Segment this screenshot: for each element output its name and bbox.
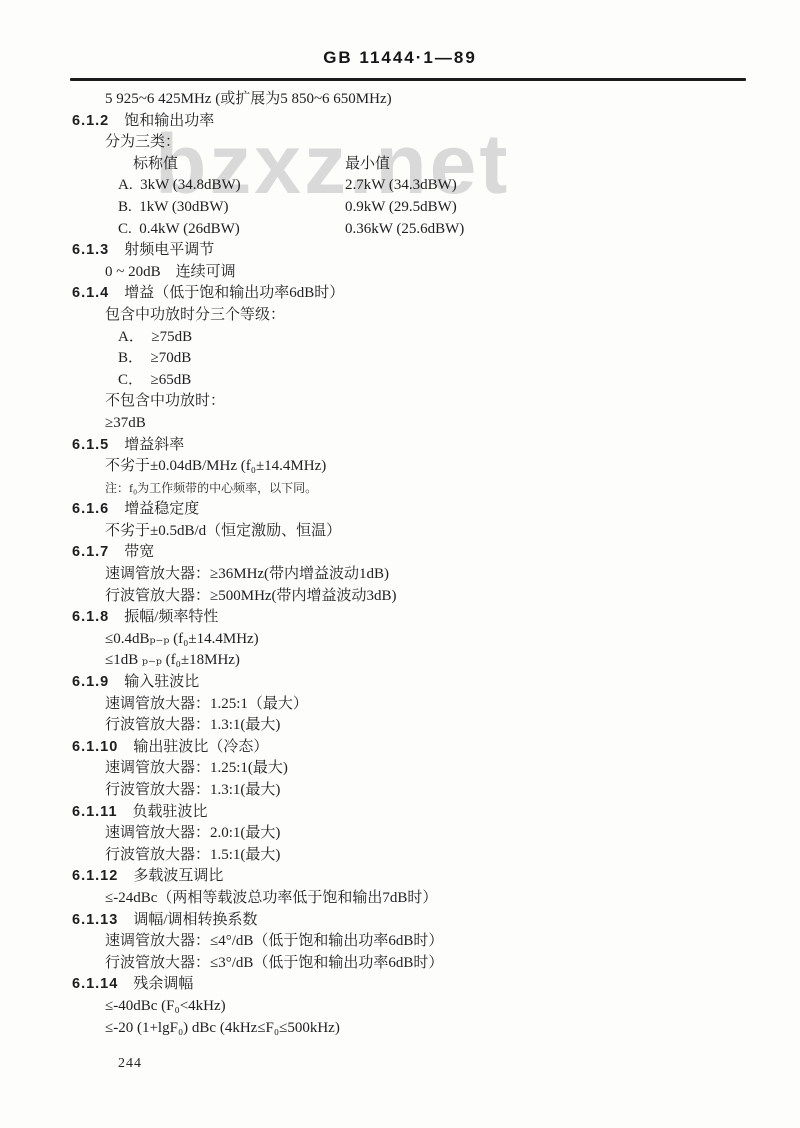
section-heading: 6.1.5增益斜率 bbox=[72, 435, 770, 457]
two-column-row: 标称值最小值 bbox=[72, 154, 770, 176]
text-line: B． ≥70dB bbox=[72, 348, 770, 370]
col-minimum-value: 2.7kW (34.3dBW) bbox=[345, 175, 457, 197]
section-title: 调幅/调相转换系数 bbox=[133, 912, 257, 928]
text-line: ≤-20 (1+lgF₀) dBc (4kHz≤F₀≤500kHz) bbox=[72, 1018, 770, 1040]
section-heading: 6.1.3射频电平调节 bbox=[72, 240, 770, 262]
text-line: 速调管放大器：≤4°/dB（低于饱和输出功率6dB时） bbox=[72, 931, 770, 953]
section-number: 6.1.4 bbox=[72, 285, 109, 301]
section-title: 负载驻波比 bbox=[133, 804, 208, 820]
text-line: 行波管放大器：1.3:1(最大) bbox=[72, 715, 770, 737]
page-number: 244 bbox=[118, 1056, 142, 1072]
text-line: 速调管放大器：1.25:1（最大） bbox=[72, 694, 770, 716]
section-title: 增益（低于饱和输出功率6dB时） bbox=[124, 285, 344, 301]
section-heading: 6.1.14残余调幅 bbox=[72, 974, 770, 996]
text-line: 不包含中功放时： bbox=[72, 391, 770, 413]
col-nominal-value: A. 3kW (34.8dBW) bbox=[118, 175, 345, 197]
text-line: 行波管放大器：≤3°/dB（低于饱和输出功率6dB时） bbox=[72, 953, 770, 975]
section-number: 6.1.11 bbox=[72, 804, 118, 820]
section-title: 增益稳定度 bbox=[124, 501, 199, 517]
section-heading: 6.1.6增益稳定度 bbox=[72, 499, 770, 521]
col-minimum-value: 最小值 bbox=[345, 154, 390, 176]
section-title: 输入驻波比 bbox=[124, 674, 199, 690]
section-number: 6.1.5 bbox=[72, 437, 109, 453]
section-number: 6.1.10 bbox=[72, 739, 118, 755]
section-title: 增益斜率 bbox=[124, 437, 184, 453]
text-line: 速调管放大器：≥36MHz(带内增益波动1dB) bbox=[72, 564, 770, 586]
section-title: 射频电平调节 bbox=[124, 242, 214, 258]
section-heading: 6.1.7带宽 bbox=[72, 542, 770, 564]
section-number: 6.1.2 bbox=[72, 113, 109, 129]
text-line: 不劣于±0.5dB/d（恒定激励、恒温） bbox=[72, 521, 770, 543]
text-line: 不劣于±0.04dB/MHz (f₀±14.4MHz) bbox=[72, 456, 770, 478]
text-line: A． ≥75dB bbox=[72, 327, 770, 349]
section-number: 6.1.13 bbox=[72, 912, 118, 928]
section-number: 6.1.6 bbox=[72, 501, 109, 517]
text-line: 包含中功放时分三个等级： bbox=[72, 305, 770, 327]
text-line: 5 925~6 425MHz (或扩展为5 850~6 650MHz) bbox=[72, 89, 770, 111]
text-line: ≥37dB bbox=[72, 413, 770, 435]
section-title: 残余调幅 bbox=[133, 976, 193, 992]
text-line: 行波管放大器：≥500MHz(带内增益波动3dB) bbox=[72, 586, 770, 608]
text-line: 速调管放大器：1.25:1(最大) bbox=[72, 758, 770, 780]
col-nominal-value: 标称值 bbox=[118, 154, 345, 176]
text-line: 速调管放大器：2.0:1(最大) bbox=[72, 823, 770, 845]
two-column-row: B. 1kW (30dBW)0.9kW (29.5dBW) bbox=[72, 197, 770, 219]
section-heading: 6.1.12多载波互调比 bbox=[72, 866, 770, 888]
col-nominal-value: B. 1kW (30dBW) bbox=[118, 197, 345, 219]
section-heading: 6.1.9输入驻波比 bbox=[72, 672, 770, 694]
text-line: 行波管放大器：1.3:1(最大) bbox=[72, 780, 770, 802]
section-number: 6.1.7 bbox=[72, 544, 109, 560]
section-title: 输出驻波比（冷态） bbox=[133, 739, 268, 755]
text-line: 行波管放大器：1.5:1(最大) bbox=[72, 845, 770, 867]
section-number: 6.1.8 bbox=[72, 609, 109, 625]
text-line: ≤-40dBc (F₀<4kHz) bbox=[72, 996, 770, 1018]
section-heading: 6.1.4增益（低于饱和输出功率6dB时） bbox=[72, 283, 770, 305]
text-line: 0 ~ 20dB 连续可调 bbox=[72, 262, 770, 284]
section-heading: 6.1.13调幅/调相转换系数 bbox=[72, 910, 770, 932]
note-line: 注：f₀为工作频带的中心频率，以下同。 bbox=[72, 478, 770, 500]
section-number: 6.1.3 bbox=[72, 242, 109, 258]
two-column-row: C. 0.4kW (26dBW)0.36kW (25.6dBW) bbox=[72, 219, 770, 241]
section-title: 多载波互调比 bbox=[133, 868, 223, 884]
section-heading: 6.1.2饱和输出功率 bbox=[72, 111, 770, 133]
section-heading: 6.1.10输出驻波比（冷态） bbox=[72, 737, 770, 759]
section-title: 振幅/频率特性 bbox=[124, 609, 218, 625]
section-title: 带宽 bbox=[124, 544, 154, 560]
text-line: 分为三类： bbox=[72, 132, 770, 154]
text-line: ≤1dB ₚ₋ₚ (f₀±18MHz) bbox=[72, 650, 770, 672]
col-minimum-value: 0.36kW (25.6dBW) bbox=[345, 219, 464, 241]
col-nominal-value: C. 0.4kW (26dBW) bbox=[118, 219, 345, 241]
two-column-row: A. 3kW (34.8dBW)2.7kW (34.3dBW) bbox=[72, 175, 770, 197]
scanned-standard-page: bzxz.net GB 11444·1—89 5 925~6 425MHz (或… bbox=[0, 0, 800, 1128]
section-number: 6.1.14 bbox=[72, 976, 118, 992]
text-line: ≤-24dBc（两相等载波总功率低于饱和输出7dB时） bbox=[72, 888, 770, 910]
standard-number-header: GB 11444·1—89 bbox=[0, 48, 800, 68]
text-line: ≤0.4dBₚ₋ₚ (f₀±14.4MHz) bbox=[72, 629, 770, 651]
document-body: 5 925~6 425MHz (或扩展为5 850~6 650MHz)6.1.2… bbox=[72, 89, 770, 1039]
text-line: C． ≥65dB bbox=[72, 370, 770, 392]
section-number: 6.1.12 bbox=[72, 868, 118, 884]
section-heading: 6.1.8振幅/频率特性 bbox=[72, 607, 770, 629]
section-heading: 6.1.11负载驻波比 bbox=[72, 802, 770, 824]
section-number: 6.1.9 bbox=[72, 674, 109, 690]
header-rule bbox=[70, 78, 746, 81]
col-minimum-value: 0.9kW (29.5dBW) bbox=[345, 197, 457, 219]
section-title: 饱和输出功率 bbox=[124, 113, 214, 129]
